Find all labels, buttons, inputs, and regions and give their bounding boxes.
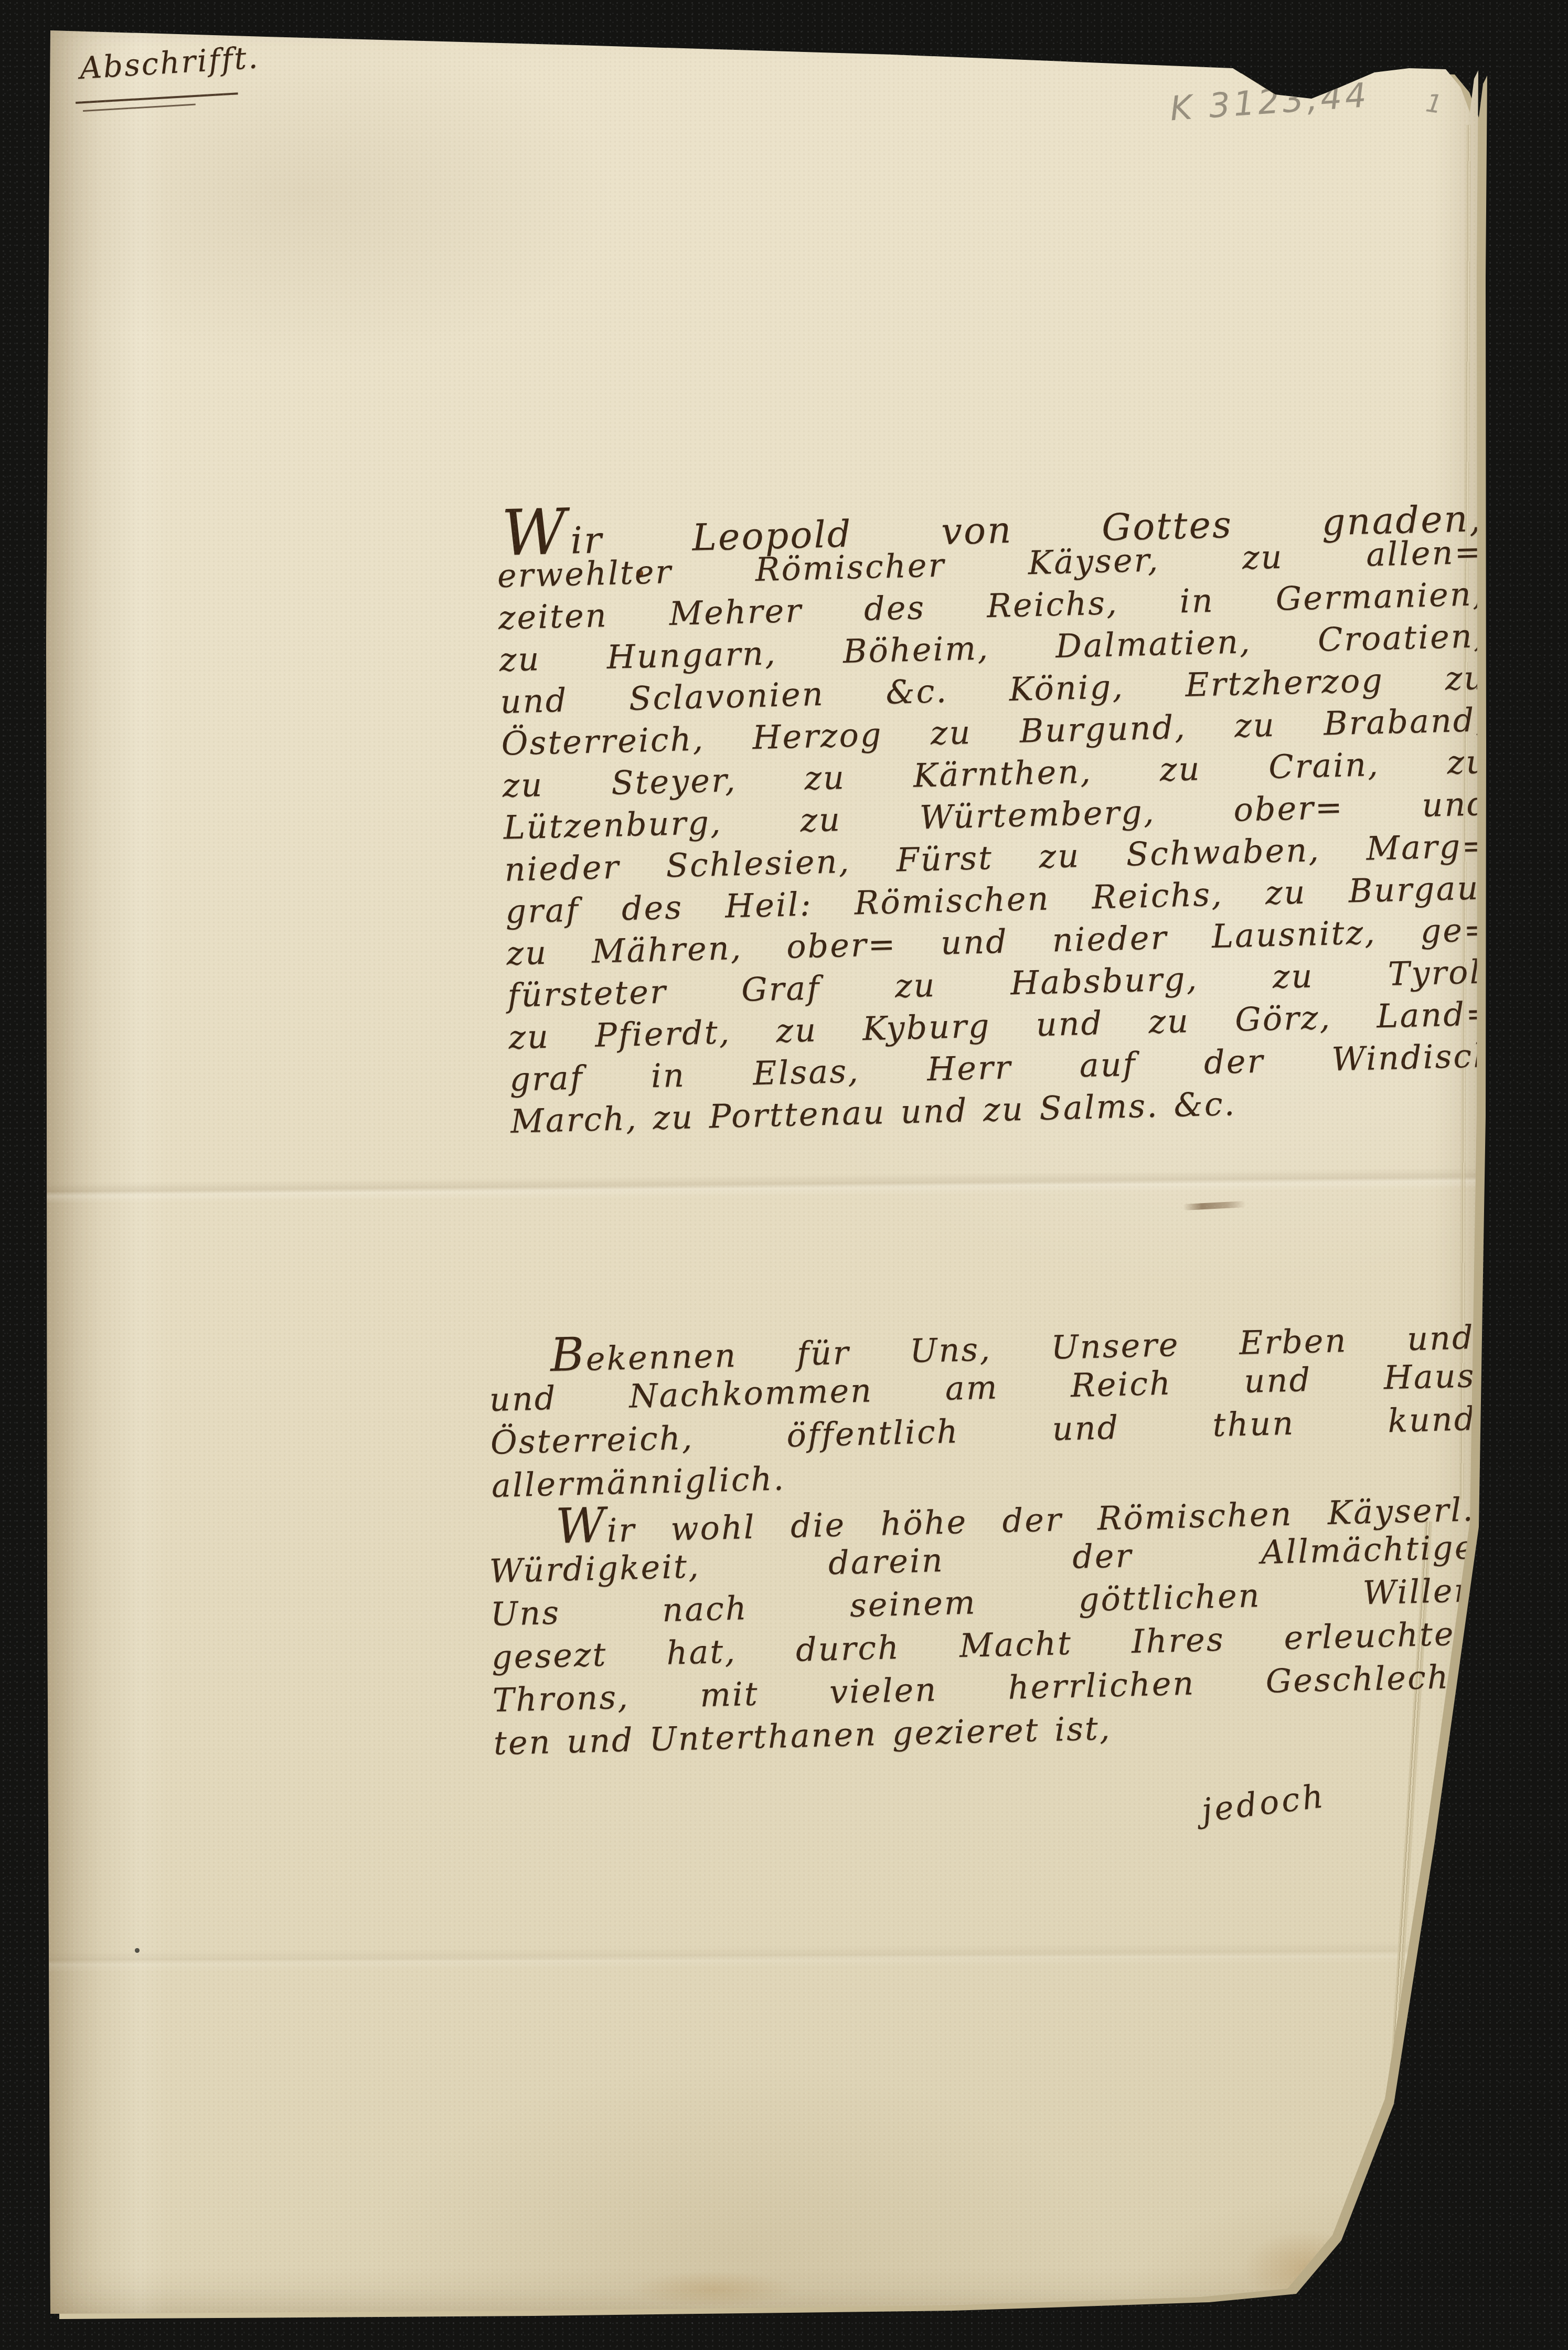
paragraph-bekennen: Bekennen für Uns, Unsere Erben und und N… <box>488 1311 1478 1507</box>
horizontal-fold-crease <box>46 1168 1486 1204</box>
ink-smudge <box>1183 1201 1246 1210</box>
stain <box>603 2266 824 2313</box>
paragraph-wir-wohl: Wir wohl die höhe der Römischen Käyserl.… <box>488 1483 1480 1765</box>
archive-number-pencil: K 3123,44 <box>1169 76 1371 129</box>
dark-speck <box>135 1948 140 1953</box>
left-edge-curl-shading <box>46 9 167 2324</box>
page-number-pencil: 1 <box>1424 88 1444 120</box>
catchword: jedoch <box>1199 1777 1328 1830</box>
horizontal-fold-crease <box>46 1941 1486 1972</box>
manuscript-page: Abschrifft. K 3123,44 1 Wir Leopold von … <box>46 9 1486 2324</box>
paragraph-imperial-title: Wir Leopold von Gottes gnaden, erwehlter… <box>496 489 1497 1143</box>
